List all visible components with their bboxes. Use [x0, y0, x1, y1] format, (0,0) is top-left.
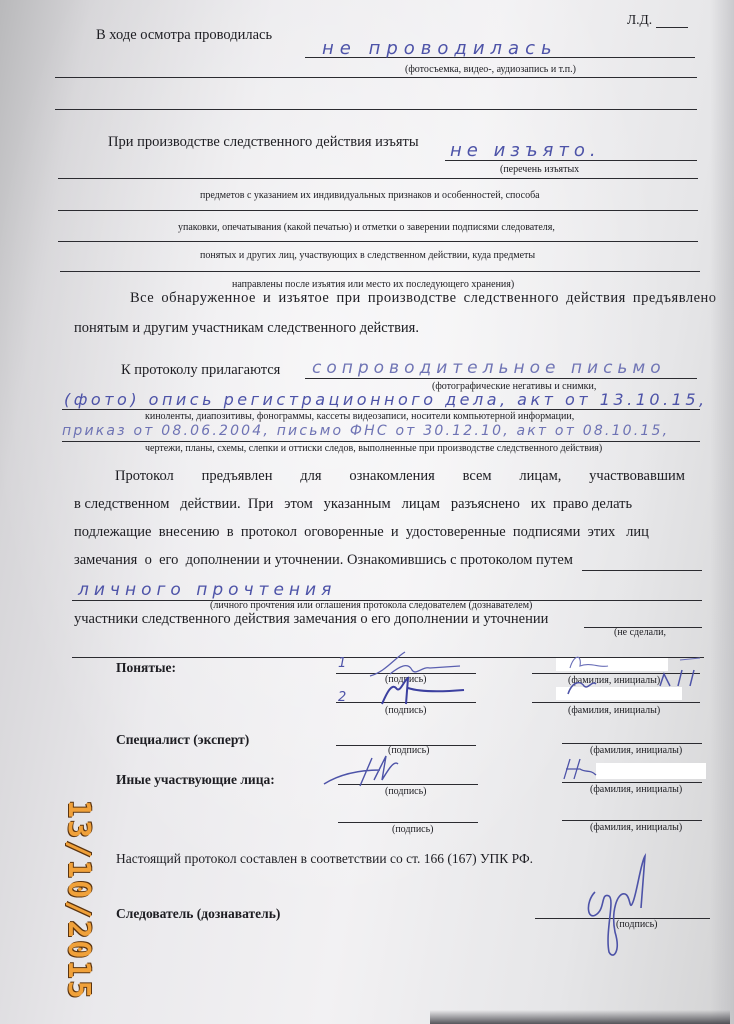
- witness-name-scribble: [560, 650, 710, 700]
- attachments-field[interactable]: [305, 378, 697, 379]
- witnesses-label: Понятые:: [116, 660, 176, 676]
- rule-line: [58, 241, 698, 242]
- seized-label: При производстве следственного действия …: [108, 134, 419, 151]
- page-edge-shadow: [710, 0, 734, 1024]
- presented-paragraph-line: Все обнаруженное и изъятое при производс…: [130, 290, 717, 307]
- seized-caption: (перечень изъятых: [500, 164, 579, 175]
- redacted-name: [596, 763, 706, 779]
- seized-caption: предметов с указанием их индивидуальных …: [200, 190, 540, 201]
- other-participants-label: Иные участвующие лица:: [116, 772, 275, 788]
- protocol-paragraph-line: подлежащие внесению в протокол оговоренн…: [74, 524, 649, 541]
- word: ознакомления: [349, 468, 435, 485]
- other-participant-2-signature-field[interactable]: [338, 822, 478, 823]
- attachments-caption: чертежи, планы, схемы, слепки и оттиски …: [145, 443, 602, 454]
- reading-method-handwritten-value: личного прочтения: [78, 580, 336, 600]
- reading-method-field-start[interactable]: [582, 570, 702, 571]
- investigator-label: Следователь (дознаватель): [116, 906, 280, 922]
- word: предъявлен: [202, 468, 273, 485]
- presented-paragraph-line: понятым и другим участникам следственног…: [74, 320, 419, 337]
- document-page: Л.Д. В ходе осмотра проводилась не прово…: [0, 0, 734, 1024]
- case-ref-field[interactable]: [656, 27, 688, 28]
- witness-signature-scribble: [360, 648, 470, 708]
- rule-line: [58, 178, 698, 179]
- word: Протокол: [115, 468, 174, 485]
- inspection-caption: (фотосъемка, видео-, аудиозапись и т.п.): [405, 64, 576, 75]
- attachments-handwritten-line: сопроводительное письмо: [312, 358, 666, 378]
- specialist-name-field[interactable]: [562, 743, 702, 744]
- name-caption: (фамилия, инициалы): [590, 822, 682, 833]
- attachments-field[interactable]: [62, 409, 700, 410]
- attachments-handwritten-line: приказ от 08.06.2004, письмо ФНС от 30.1…: [62, 423, 669, 439]
- attachments-caption: киноленты, диапозитивы, фонограммы, касс…: [145, 411, 574, 422]
- signature-caption: (подпись): [392, 824, 434, 835]
- word: лицам,: [519, 468, 561, 485]
- specialist-label: Специалист (эксперт): [116, 732, 249, 748]
- rule-line: [60, 271, 700, 272]
- protocol-paragraph-line: в следственном действии. При этом указан…: [74, 496, 632, 513]
- legal-basis-statement: Настоящий протокол составлен в соответст…: [116, 851, 533, 867]
- attachments-field[interactable]: [62, 441, 700, 442]
- attachments-label: К протоколу прилагаются: [121, 362, 280, 379]
- seized-caption: упаковки, опечатывания (какой печатью) и…: [178, 222, 555, 233]
- other-participant-signature-scribble: [320, 750, 430, 790]
- other-participant-2-name-field[interactable]: [562, 820, 702, 821]
- reading-method-caption: (личного прочтения или оглашения протоко…: [210, 600, 532, 611]
- name-caption: (фамилия, инициалы): [590, 784, 682, 795]
- protocol-paragraph-line: Протокол предъявлен для ознакомления все…: [115, 468, 685, 485]
- rule-line: [55, 77, 697, 78]
- camera-date-stamp: 13/10/2015: [61, 800, 96, 1001]
- seized-handwritten-value: не изъято.: [450, 140, 601, 161]
- rule-line: [58, 210, 698, 211]
- seized-caption: направлены после изъятия или место их по…: [232, 279, 514, 290]
- other-participant-name-scribble: [560, 755, 610, 785]
- protocol-paragraph-line: участники следственного действия замечан…: [74, 611, 548, 628]
- seized-caption: понятых и других лиц, участвующих в след…: [200, 250, 535, 261]
- investigator-signature-scribble: [575, 852, 665, 962]
- inspection-handwritten-value: не проводилась: [322, 38, 558, 59]
- inspection-label: В ходе осмотра проводилась: [96, 27, 272, 44]
- word: всем: [463, 468, 492, 485]
- remarks-caption: (не сделали,: [614, 627, 666, 638]
- word: для: [300, 468, 321, 485]
- attachments-handwritten-line: (фото) опись регистрационного дела, акт …: [64, 390, 708, 409]
- bottom-shadow: [430, 1010, 730, 1024]
- witness-number: 1: [338, 656, 346, 671]
- name-caption: (фамилия, инициалы): [568, 705, 660, 716]
- witness-2-name-field[interactable]: [532, 702, 700, 703]
- rule-line: [55, 109, 697, 110]
- protocol-paragraph-line: замечания о его дополнении и уточнении. …: [74, 552, 573, 569]
- word: участвовавшим: [589, 468, 685, 485]
- case-ref-label: Л.Д.: [627, 12, 652, 28]
